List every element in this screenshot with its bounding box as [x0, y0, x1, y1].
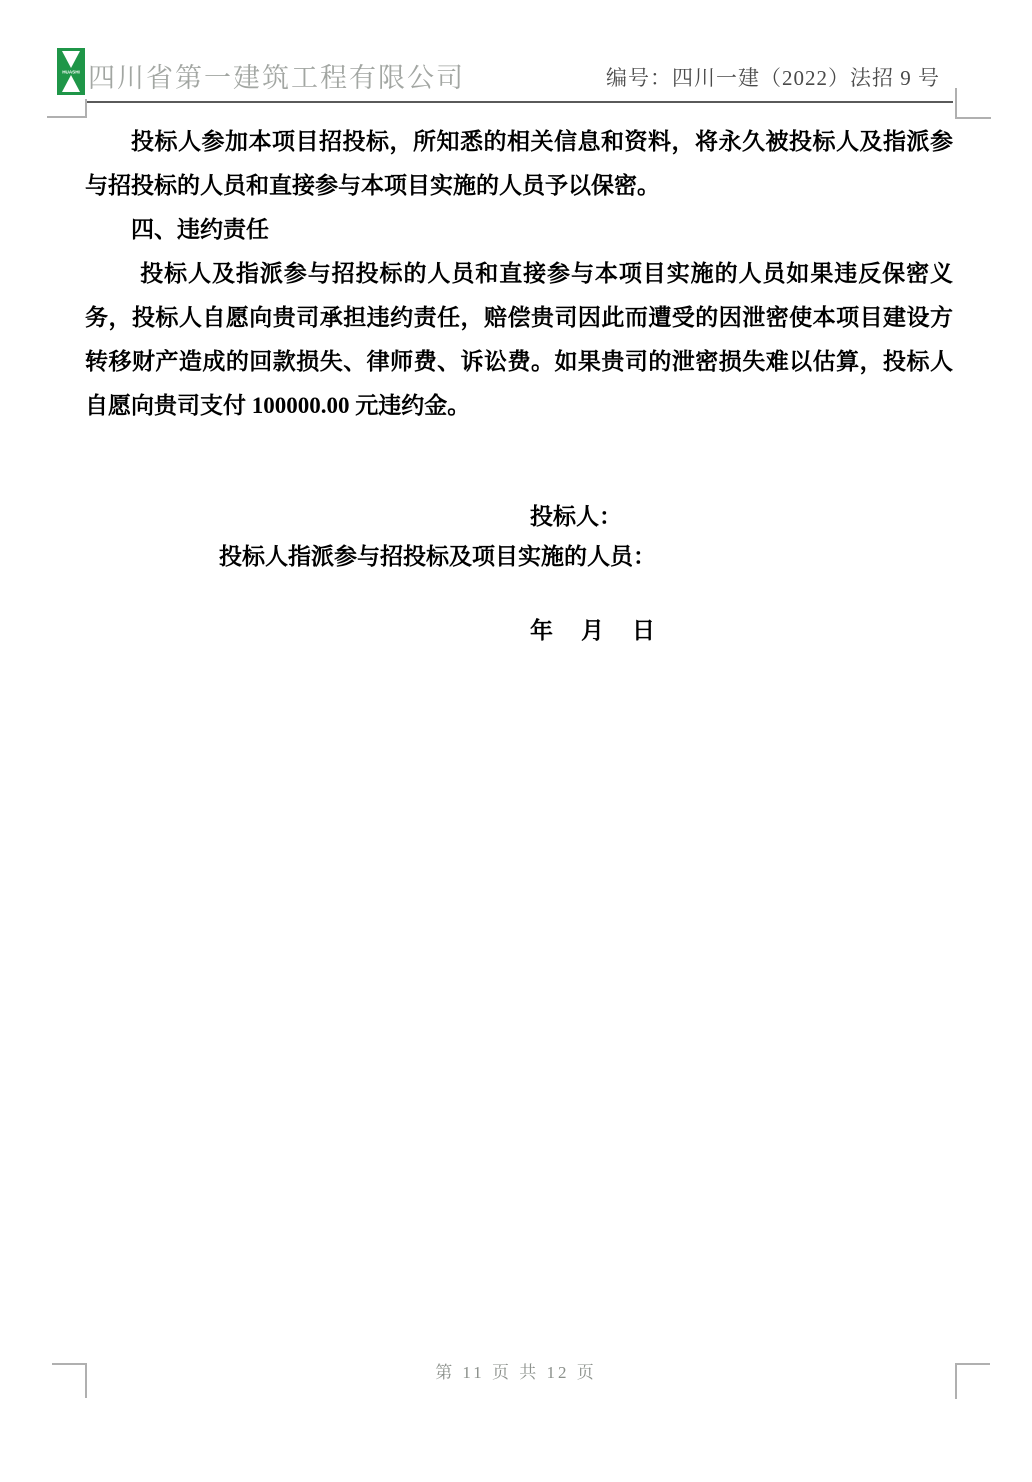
- page-number: 第 11 页 共 12 页: [0, 1358, 1032, 1383]
- company-name: 四川省第一建筑工程有限公司: [88, 56, 465, 95]
- bidder-signature-label: 投标人：: [530, 498, 622, 531]
- document-page: HUASHI 四川省第一建筑工程有限公司 编号：四川一建（2022）法招 9 号…: [0, 0, 1032, 1482]
- date-line: 年 月 日: [530, 612, 655, 645]
- crop-mark-top-left: [47, 99, 87, 118]
- date-day-label: 日: [632, 612, 655, 645]
- logo-text: HUASHI: [62, 70, 80, 75]
- paragraph-confidentiality: 投标人参加本项目招投标，所知悉的相关信息和资料，将永久被投标人及指派参与招投标的…: [85, 120, 953, 208]
- date-year-label: 年: [530, 612, 553, 645]
- section-heading-liability: 四、违约责任: [85, 208, 953, 252]
- document-body: 投标人参加本项目招投标，所知悉的相关信息和资料，将永久被投标人及指派参与招投标的…: [85, 120, 953, 428]
- personnel-signature-label: 投标人指派参与招投标及项目实施的人员：: [219, 538, 656, 571]
- document-number: 编号：四川一建（2022）法招 9 号: [606, 62, 940, 92]
- paragraph-liability: 投标人及指派参与招投标的人员和直接参与本项目实施的人员如果违反保密义务，投标人自…: [85, 252, 953, 428]
- crop-mark-top-right: [955, 88, 991, 119]
- date-month-label: 月: [581, 612, 604, 645]
- header-divider: [85, 101, 953, 103]
- huashi-logo-icon: HUASHI: [57, 48, 85, 95]
